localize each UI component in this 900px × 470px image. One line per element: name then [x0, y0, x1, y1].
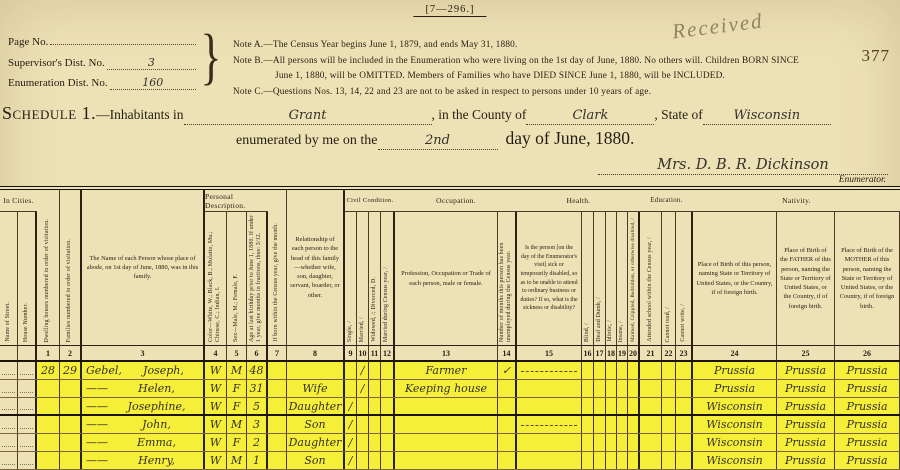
cell-dwelling	[37, 398, 60, 414]
cell-pob-mother: Prussia	[835, 398, 900, 414]
enumeration-dist-value: 160	[110, 76, 196, 90]
cell-house	[18, 452, 37, 469]
state-value: Wisconsin	[733, 108, 800, 123]
cell-relationship: Daughter	[287, 398, 345, 414]
group-education: Education. Attended school within the Ce…	[640, 190, 693, 345]
group-in-cities: In Cities. Name of Street. House Number.	[0, 190, 37, 345]
cell-cannot-write	[676, 416, 693, 433]
note-c: Note C.—Questions Nos. 13, 14, 22 and 23…	[233, 85, 830, 101]
supervisor-dist-field: Supervisor's Dist. No. 3	[8, 56, 198, 76]
cell-dwelling: 28	[37, 362, 60, 379]
enumeration-dist-field: Enumeration Dist. No. 160	[8, 76, 198, 96]
cell-age: 3	[247, 416, 268, 433]
notes-block: Note A.—The Census Year begins June 1, 1…	[233, 38, 830, 100]
cell-months-unemployed	[498, 416, 517, 433]
cell-idiotic	[606, 362, 617, 379]
cell-sickness	[517, 380, 582, 397]
col-pob-father: Place of Birth of the FATHER of this per…	[777, 212, 835, 345]
cell-color: W	[205, 434, 227, 451]
cell-relationship: Son	[287, 452, 345, 469]
cell-house	[18, 416, 37, 433]
colnum: 16	[582, 346, 594, 360]
schedule-line-2: enumerated by me on the 2nd day of June,…	[236, 128, 634, 150]
cell-family	[60, 380, 82, 397]
cell-single	[345, 362, 357, 379]
cell-married-census-year	[381, 398, 395, 414]
cell-married	[357, 416, 369, 433]
cell-pob-father: Prussia	[777, 452, 835, 469]
group-nativity: Nativity. Place of Birth of this person,…	[693, 190, 900, 345]
table-row: 28 29 Gebel,Joseph, W M 48 / Farmer ✓ Pr…	[0, 362, 900, 380]
cell-pob: Prussia	[693, 380, 777, 397]
cell-cannot-read	[662, 362, 676, 379]
note-b-continued: June 1, 1880, will be OMITTED. Members o…	[233, 69, 830, 85]
cell-months-unemployed: ✓	[498, 362, 517, 379]
cell-maimed	[628, 452, 640, 469]
cell-house	[18, 380, 37, 397]
col-widowed: Widowed, /; Divorced, D.	[369, 212, 381, 345]
cell-occupation	[395, 452, 498, 469]
cell-attended-school	[640, 362, 662, 379]
cell-blind	[582, 362, 594, 379]
col-insane: Insane, /	[617, 212, 628, 345]
cell-insane	[617, 398, 628, 414]
cell-pob: Wisconsin	[693, 452, 777, 469]
cell-cannot-write	[676, 434, 693, 451]
colnum: 22	[662, 346, 676, 360]
col-family: Families numbered in order of visitation…	[60, 190, 82, 345]
page-no-value	[50, 44, 196, 45]
colnum: 18	[606, 346, 617, 360]
col-single: Single, /	[345, 212, 357, 345]
county-label: , in the County of	[432, 107, 527, 123]
colnum: 11	[369, 346, 381, 360]
cell-insane	[617, 416, 628, 433]
table-header: In Cities. Name of Street. House Number.…	[0, 190, 900, 345]
col-months-unemployed: Number of months this person has been un…	[498, 212, 517, 345]
supervisor-dist-value: 3	[107, 56, 196, 70]
date-label: day of June, 1880.	[506, 128, 635, 149]
group-civil-condition: Civil Condition. Single, / Married, / Wi…	[345, 190, 395, 345]
cell-married	[357, 452, 369, 469]
colnum: 8	[287, 346, 345, 360]
cell-pob-father: Prussia	[777, 434, 835, 451]
colnum: 23	[676, 346, 693, 360]
colnum: 9	[345, 346, 357, 360]
cell-sickness	[517, 398, 582, 414]
colnum: 2	[60, 346, 82, 360]
colnum: 12	[381, 346, 395, 360]
col-pob: Place of Birth of this person, naming St…	[693, 212, 777, 345]
cell-family: 29	[60, 362, 82, 379]
cell-idiotic	[606, 416, 617, 433]
cell-insane	[617, 380, 628, 397]
colnum: 7	[268, 346, 287, 360]
form-number: [7—296.]	[413, 4, 486, 17]
cell-pob-mother: Prussia	[835, 380, 900, 397]
table-row: ——Helen, W F 31 Wife / Keeping house Pru…	[0, 380, 900, 398]
cell-attended-school	[640, 416, 662, 433]
col-profession: Profession, Occupation or Trade of each …	[395, 212, 498, 345]
cell-married-census-year	[381, 416, 395, 433]
cell-pob-father: Prussia	[777, 362, 835, 379]
col-married-census-year: Married during Census year, /	[381, 212, 395, 345]
col-deaf-dumb: Deaf and Dumb, /	[594, 212, 606, 345]
cell-single: /	[345, 434, 357, 451]
colnum: 5	[227, 346, 247, 360]
col-maimed: Maimed, Crippled, Bedridden, or otherwis…	[628, 212, 640, 345]
cell-married-census-year	[381, 380, 395, 397]
colnum: 21	[640, 346, 662, 360]
cell-born-month	[268, 362, 287, 379]
cell-family	[60, 434, 82, 451]
cell-color: W	[205, 416, 227, 433]
cell-single: /	[345, 398, 357, 414]
cell-house	[18, 434, 37, 451]
state-label: , State of	[654, 107, 702, 123]
note-b: Note B.—All persons will be included in …	[233, 54, 830, 70]
cell-sickness	[517, 434, 582, 451]
place-value: Grant	[289, 108, 327, 123]
cell-born-month	[268, 434, 287, 451]
cell-cannot-read	[662, 416, 676, 433]
cell-cannot-read	[662, 398, 676, 414]
cell-street	[0, 416, 18, 433]
cell-single: /	[345, 452, 357, 469]
cell-cannot-write	[676, 362, 693, 379]
cell-pob-father: Prussia	[777, 380, 835, 397]
cell-color: W	[205, 398, 227, 414]
cell-blind	[582, 452, 594, 469]
cell-sex: M	[227, 416, 247, 433]
col-house: House Number.	[18, 212, 37, 345]
cell-pob-father: Prussia	[777, 416, 835, 433]
cell-idiotic	[606, 434, 617, 451]
cell-blind	[582, 416, 594, 433]
cell-blind	[582, 398, 594, 414]
cell-widowed	[369, 362, 381, 379]
schedule-title: Schedule 1.	[2, 103, 96, 124]
cell-sickness	[517, 362, 582, 379]
cell-maimed	[628, 398, 640, 414]
col-cannot-write: Cannot write, /	[676, 212, 693, 345]
cell-occupation: Farmer	[395, 362, 498, 379]
page-no-field: Page No.	[8, 36, 198, 56]
cell-pob-mother: Prussia	[835, 416, 900, 433]
cell-insane	[617, 362, 628, 379]
cell-pob-father: Prussia	[777, 398, 835, 414]
cell-deaf-dumb	[594, 398, 606, 414]
cell-cannot-write	[676, 398, 693, 414]
cell-pob-mother: Prussia	[835, 452, 900, 469]
day-value: 2nd	[425, 133, 450, 148]
cell-widowed	[369, 434, 381, 451]
cell-months-unemployed	[498, 452, 517, 469]
cell-attended-school	[640, 380, 662, 397]
cell-married: /	[357, 362, 369, 379]
census-schedule-scan: [7—296.] Received 377 Page No. Superviso…	[0, 0, 900, 470]
cell-name: ——Helen,	[82, 380, 205, 397]
cell-blind	[582, 380, 594, 397]
cell-occupation	[395, 398, 498, 414]
cell-widowed	[369, 416, 381, 433]
cell-name: Gebel,Joseph,	[82, 362, 205, 379]
group-occupation: Occupation. Profession, Occupation or Tr…	[395, 190, 517, 345]
table-row: ——Emma, W F 2 Daughter / Wisconsin Pruss…	[0, 434, 900, 452]
cell-sickness	[517, 452, 582, 469]
cell-married-census-year	[381, 434, 395, 451]
cell-born-month	[268, 416, 287, 433]
cell-relationship: Daughter	[287, 434, 345, 451]
colnum: 1	[37, 346, 60, 360]
schedule-line-1: Schedule 1.—Inhabitants in Grant , in th…	[2, 103, 892, 125]
enumerator-label: Enumerator.	[839, 175, 886, 185]
cell-widowed	[369, 452, 381, 469]
cell-name: ——Henry,	[82, 452, 205, 469]
colnum: 13	[395, 346, 498, 360]
group-health: Health. Is the person [on the day of the…	[517, 190, 640, 345]
table-row: ——John, W M 3 Son / Wisconsin Prussia Pr…	[0, 416, 900, 434]
cell-street	[0, 362, 18, 379]
cell-name: ——Josephine,	[82, 398, 205, 414]
cell-age: 48	[247, 362, 268, 379]
cell-insane	[617, 434, 628, 451]
cell-pob: Prussia	[693, 362, 777, 379]
cell-color: W	[205, 380, 227, 397]
col-married: Married, /	[357, 212, 369, 345]
cell-maimed	[628, 416, 640, 433]
colnum: 3	[82, 346, 205, 360]
cell-family	[60, 398, 82, 414]
cell-house	[18, 398, 37, 414]
enumerator-signature: Mrs. D. B. R. Dickinson	[598, 156, 888, 175]
cell-occupation: Keeping house	[395, 380, 498, 397]
colnum: 19	[617, 346, 628, 360]
cell-color: W	[205, 452, 227, 469]
table-row: ——Josephine, W F 5 Daughter / Wisconsin …	[0, 398, 900, 416]
cell-sex: F	[227, 398, 247, 414]
cell-name: ——John,	[82, 416, 205, 433]
cell-street	[0, 398, 18, 414]
cell-months-unemployed	[498, 380, 517, 397]
inhabitants-label: —Inhabitants in	[96, 107, 183, 123]
cell-married-census-year	[381, 452, 395, 469]
cell-idiotic	[606, 380, 617, 397]
cell-dwelling	[37, 434, 60, 451]
cell-relationship: Son	[287, 416, 345, 433]
colnum: 14	[498, 346, 517, 360]
cell-maimed	[628, 362, 640, 379]
colnum: 17	[594, 346, 606, 360]
cell-married: /	[357, 380, 369, 397]
col-blind: Blind, /	[582, 212, 594, 345]
cell-dwelling	[37, 380, 60, 397]
district-fields: Page No. Supervisor's Dist. No. 3 Enumer…	[8, 36, 198, 96]
cell-attended-school	[640, 434, 662, 451]
colnum-blank	[18, 346, 37, 360]
col-age: Age at last birthday prior to June 1, 18…	[247, 212, 268, 345]
page-no-label: Page No.	[8, 36, 48, 48]
cell-age: 1	[247, 452, 268, 469]
cell-married	[357, 398, 369, 414]
cell-family	[60, 416, 82, 433]
colnum: 26	[835, 346, 900, 360]
cell-pob-mother: Prussia	[835, 434, 900, 451]
cell-attended-school	[640, 452, 662, 469]
cell-idiotic	[606, 398, 617, 414]
col-born-month: If born within the Census year, give the…	[268, 190, 287, 345]
cell-dwelling	[37, 416, 60, 433]
enumeration-dist-label: Enumeration Dist. No.	[8, 77, 108, 89]
cell-months-unemployed	[498, 434, 517, 451]
colnum: 25	[777, 346, 835, 360]
cell-deaf-dumb	[594, 434, 606, 451]
cell-born-month	[268, 398, 287, 414]
cell-sex: M	[227, 362, 247, 379]
cell-occupation	[395, 434, 498, 451]
cell-pob: Wisconsin	[693, 398, 777, 414]
cell-blind	[582, 434, 594, 451]
cell-relationship	[287, 362, 345, 379]
colnum: 4	[205, 346, 227, 360]
col-street: Name of Street.	[0, 212, 18, 345]
county-value: Clark	[572, 108, 608, 123]
cell-house	[18, 362, 37, 379]
cell-cannot-read	[662, 434, 676, 451]
col-sex: Sex—Male, M.; Female, F.	[227, 212, 247, 345]
colnum: 15	[517, 346, 582, 360]
cell-widowed	[369, 398, 381, 414]
col-color: Color—White, W.; Black, B.; Mulatto, Mu.…	[205, 212, 227, 345]
cell-color: W	[205, 362, 227, 379]
cell-street	[0, 434, 18, 451]
cell-relationship: Wife	[287, 380, 345, 397]
cell-sex: M	[227, 452, 247, 469]
cell-street	[0, 452, 18, 469]
col-idiotic: Idiotic, /	[606, 212, 617, 345]
cell-name: ——Emma,	[82, 434, 205, 451]
cell-pob-mother: Prussia	[835, 362, 900, 379]
census-table: In Cities. Name of Street. House Number.…	[0, 186, 900, 470]
colnum: 20	[628, 346, 640, 360]
col-dwelling: Dwelling houses numbered in order of vis…	[37, 190, 60, 345]
col-pob-mother: Place of Birth of the MOTHER of this per…	[835, 212, 900, 345]
col-attended-school: Attended school within the Census year, …	[640, 212, 662, 345]
cell-dwelling	[37, 452, 60, 469]
cell-sex: F	[227, 434, 247, 451]
cell-cannot-write	[676, 380, 693, 397]
cell-maimed	[628, 380, 640, 397]
cell-pob: Wisconsin	[693, 434, 777, 451]
cell-occupation	[395, 416, 498, 433]
cell-sex: F	[227, 380, 247, 397]
cell-insane	[617, 452, 628, 469]
cell-age: 5	[247, 398, 268, 414]
col-relationship: Relationship of each person to the head …	[287, 190, 345, 345]
col-sickness: Is the person [on the day of the Enumera…	[517, 212, 582, 345]
cell-age: 31	[247, 380, 268, 397]
table-row: ——Henry, W M 1 Son / Wisconsin Prussia P…	[0, 452, 900, 470]
note-a: Note A.—The Census Year begins June 1, 1…	[233, 38, 830, 54]
colnum-blank	[0, 346, 18, 360]
cell-sickness	[517, 416, 582, 433]
cell-single: /	[345, 416, 357, 433]
cell-widowed	[369, 380, 381, 397]
cell-idiotic	[606, 452, 617, 469]
cell-married-census-year	[381, 362, 395, 379]
supervisor-dist-label: Supervisor's Dist. No.	[8, 57, 105, 69]
colnum: 24	[693, 346, 777, 360]
cell-cannot-read	[662, 380, 676, 397]
cell-attended-school	[640, 398, 662, 414]
brace-glyph: }	[200, 26, 221, 88]
sheet-number-stamp: 377	[862, 46, 891, 66]
cell-maimed	[628, 434, 640, 451]
cell-single	[345, 380, 357, 397]
cell-street	[0, 380, 18, 397]
group-personal-description: Personal Description. Color—White, W.; B…	[205, 190, 268, 345]
cell-deaf-dumb	[594, 380, 606, 397]
col-name: The Name of each Person whose place of a…	[82, 190, 205, 345]
cell-deaf-dumb	[594, 416, 606, 433]
column-number-row: 1 2 3 4 5 6 7 8 9 10 11 12 13 14 15 16 1…	[0, 345, 900, 362]
col-cannot-read: Cannot read, /	[662, 212, 676, 345]
cell-family	[60, 452, 82, 469]
cell-cannot-read	[662, 452, 676, 469]
enumerated-label: enumerated by me on the	[236, 133, 378, 149]
cell-pob: Wisconsin	[693, 416, 777, 433]
cell-married	[357, 434, 369, 451]
cell-months-unemployed	[498, 398, 517, 414]
cell-age: 2	[247, 434, 268, 451]
colnum: 10	[357, 346, 369, 360]
colnum: 6	[247, 346, 268, 360]
cell-deaf-dumb	[594, 452, 606, 469]
cell-born-month	[268, 380, 287, 397]
cell-cannot-write	[676, 452, 693, 469]
cell-deaf-dumb	[594, 362, 606, 379]
cell-born-month	[268, 452, 287, 469]
